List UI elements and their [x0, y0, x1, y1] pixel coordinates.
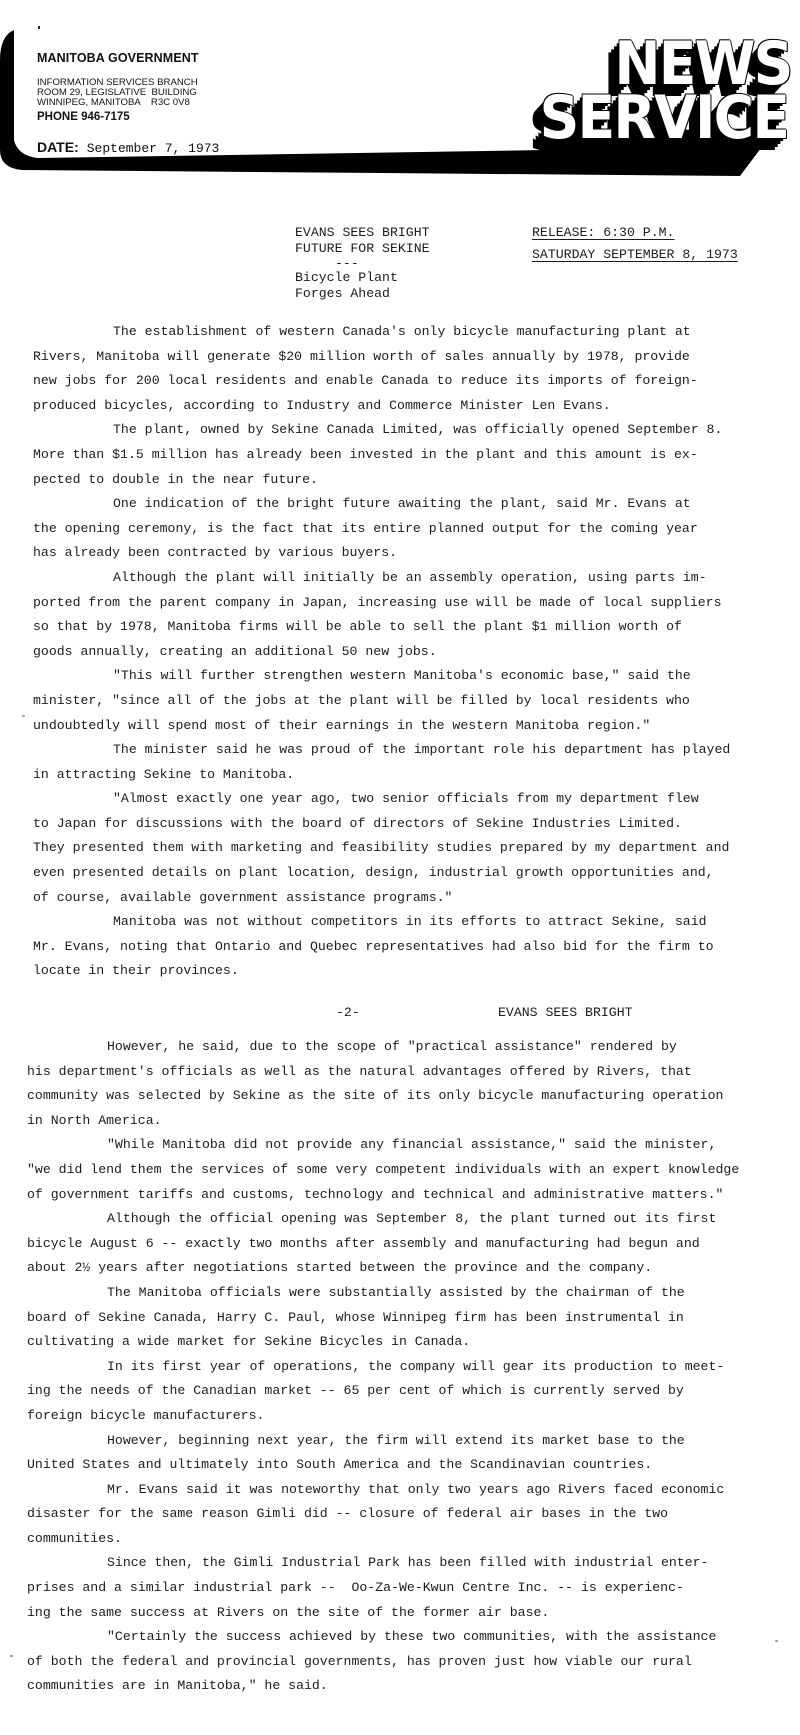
text-line: "While Manitoba did not provide any fina… — [0, 1133, 800, 1158]
text-line: "Certainly the success achieved by these… — [0, 1625, 800, 1650]
paragraph: Although the official opening was Septem… — [0, 1207, 800, 1281]
subhead-line: Bicycle Plant — [295, 270, 430, 286]
page-1-body: The establishment of western Canada's on… — [0, 320, 800, 984]
text-line: The minister said he was proud of the im… — [0, 738, 800, 763]
text-line: in attracting Sekine to Manitoba. — [0, 763, 800, 788]
page-2-body: However, he said, due to the scope of "p… — [0, 1035, 800, 1699]
subhead-line: Forges Ahead — [295, 286, 430, 302]
text-line: in North America. — [0, 1109, 800, 1134]
line-text: cultivating a wide market for Sekine Bic… — [27, 1334, 470, 1349]
text-line: so that by 1978, Manitoba firms will be … — [0, 615, 800, 640]
paragraph: The Manitoba officials were substantiall… — [0, 1281, 800, 1355]
text-line: The establishment of western Canada's on… — [0, 320, 800, 345]
text-line: communities. — [0, 1527, 800, 1552]
text-line: of government tariffs and customs, techn… — [0, 1183, 800, 1208]
headline-separator: --- — [295, 257, 430, 270]
line-text: bicycle August 6 -- exactly two months a… — [27, 1236, 700, 1251]
headline-line: FUTURE FOR SEKINE — [295, 241, 430, 257]
scan-speck — [10, 1655, 13, 1657]
paragraph: Manitoba was not without competitors in … — [0, 910, 800, 984]
text-line: community was selected by Sekine as the … — [0, 1084, 800, 1109]
text-line: board of Sekine Canada, Harry C. Paul, w… — [0, 1306, 800, 1331]
text-line: Rivers, Manitoba will generate $20 milli… — [0, 345, 800, 370]
text-line: to Japan for discussions with the board … — [0, 812, 800, 837]
line-text: In its first year of operations, the com… — [107, 1359, 724, 1374]
paragraph: However, he said, due to the scope of "p… — [0, 1035, 800, 1133]
line-text: Although the official opening was Septem… — [107, 1211, 716, 1226]
running-head: EVANS SEES BRIGHT — [498, 1005, 633, 1020]
text-line: More than $1.5 million has already been … — [0, 443, 800, 468]
text-line: ported from the parent company in Japan,… — [0, 591, 800, 616]
text-line: of both the federal and provincial gover… — [0, 1650, 800, 1675]
line-text: board of Sekine Canada, Harry C. Paul, w… — [27, 1310, 684, 1325]
line-text: goods annually, creating an additional 5… — [33, 644, 437, 659]
line-text: minister, "since all of the jobs at the … — [33, 693, 690, 708]
paragraph: One indication of the bright future awai… — [0, 492, 800, 566]
text-line: "Almost exactly one year ago, two senior… — [0, 787, 800, 812]
line-text: One indication of the bright future awai… — [113, 496, 691, 511]
paragraph: Since then, the Gimli Industrial Park ha… — [0, 1551, 800, 1625]
line-text: new jobs for 200 local residents and ena… — [33, 373, 698, 388]
line-text: United States and ultimately into South … — [27, 1457, 652, 1472]
paragraph: The plant, owned by Sekine Canada Limite… — [0, 418, 800, 492]
line-text: undoubtedly will spend most of their ear… — [33, 718, 650, 733]
address-line: WINNIPEG, MANITOBA R3C 0V8 — [37, 98, 198, 108]
text-line: One indication of the bright future awai… — [0, 492, 800, 517]
paragraph: In its first year of operations, the com… — [0, 1355, 800, 1429]
paragraph: However, beginning next year, the firm w… — [0, 1429, 800, 1478]
paragraph: Mr. Evans said it was noteworthy that on… — [0, 1478, 800, 1552]
text-line: ing the same success at Rivers on the si… — [0, 1601, 800, 1626]
line-text: communities are in Manitoba," he said. — [27, 1678, 328, 1693]
line-text: Since then, the Gimli Industrial Park ha… — [107, 1555, 708, 1570]
page-2-header: -2- EVANS SEES BRIGHT — [0, 1005, 800, 1025]
line-text: However, beginning next year, the firm w… — [107, 1433, 685, 1448]
line-text: pected to double in the near future. — [33, 472, 318, 487]
line-text: of both the federal and provincial gover… — [27, 1654, 692, 1669]
text-line: about 2½ years after negotiations starte… — [0, 1256, 800, 1281]
line-text: However, he said, due to the scope of "p… — [107, 1039, 677, 1054]
line-text: Mr. Evans said it was noteworthy that on… — [107, 1482, 724, 1497]
text-line: bicycle August 6 -- exactly two months a… — [0, 1232, 800, 1257]
paragraph: "This will further strengthen western Ma… — [0, 664, 800, 738]
text-line: new jobs for 200 local residents and ena… — [0, 369, 800, 394]
line-text: ported from the parent company in Japan,… — [33, 595, 722, 610]
text-line: even presented details on plant location… — [0, 861, 800, 886]
line-text: locate in their provinces. — [33, 963, 239, 978]
text-line: Mr. Evans, noting that Ontario and Quebe… — [0, 935, 800, 960]
text-line: In its first year of operations, the com… — [0, 1355, 800, 1380]
line-text: of government tariffs and customs, techn… — [27, 1187, 723, 1202]
paragraph: The establishment of western Canada's on… — [0, 320, 800, 418]
date-value: September 7, 1973 — [87, 141, 220, 156]
text-line: However, he said, due to the scope of "p… — [0, 1035, 800, 1060]
line-text: Rivers, Manitoba will generate $20 milli… — [33, 349, 690, 364]
text-line: minister, "since all of the jobs at the … — [0, 689, 800, 714]
stray-mark — [38, 26, 40, 29]
line-text: More than $1.5 million has already been … — [33, 447, 698, 462]
text-line: has already been contracted by various b… — [0, 541, 800, 566]
scan-speck — [22, 715, 25, 717]
line-text: Although the plant will initially be an … — [113, 570, 707, 585]
line-text: produced bicycles, according to Industry… — [33, 398, 611, 413]
text-line: his department's officials as well as th… — [0, 1060, 800, 1085]
line-text: his department's officials as well as th… — [27, 1064, 692, 1079]
text-line: Since then, the Gimli Industrial Park ha… — [0, 1551, 800, 1576]
line-text: so that by 1978, Manitoba firms will be … — [33, 619, 682, 634]
line-text: the opening ceremony, is the fact that i… — [33, 521, 698, 536]
release-date: SATURDAY SEPTEMBER 8, 1973 — [532, 247, 738, 263]
line-text: The minister said he was proud of the im… — [113, 742, 730, 757]
paragraph: The minister said he was proud of the im… — [0, 738, 800, 787]
line-text: The plant, owned by Sekine Canada Limite… — [113, 422, 722, 437]
line-text: in North America. — [27, 1113, 162, 1128]
text-line: disaster for the same reason Gimli did -… — [0, 1502, 800, 1527]
line-text: The Manitoba officials were substantiall… — [107, 1285, 685, 1300]
text-line: "This will further strengthen western Ma… — [0, 664, 800, 689]
text-line: the opening ceremony, is the fact that i… — [0, 517, 800, 542]
line-text: Manitoba was not without competitors in … — [113, 914, 707, 929]
headline-block: EVANS SEES BRIGHT FUTURE FOR SEKINE --- … — [295, 225, 430, 302]
line-text: disaster for the same reason Gimli did -… — [27, 1506, 668, 1521]
line-text: communities. — [27, 1531, 122, 1546]
scan-speck — [775, 1640, 778, 1642]
line-text: "This will further strengthen western Ma… — [113, 668, 691, 683]
date-label: DATE: — [37, 139, 79, 155]
organization-address: INFORMATION SERVICES BRANCH ROOM 29, LEG… — [37, 78, 198, 108]
line-text: "Certainly the success achieved by these… — [107, 1629, 716, 1644]
text-line: ing the needs of the Canadian market -- … — [0, 1379, 800, 1404]
paragraph: Although the plant will initially be an … — [0, 566, 800, 664]
phone-number: PHONE 946-7175 — [37, 111, 130, 123]
release-time: RELEASE: 6:30 P.M. — [532, 225, 738, 241]
text-line: "we did lend them the services of some v… — [0, 1158, 800, 1183]
paragraph: "Certainly the success achieved by these… — [0, 1625, 800, 1699]
text-line: prises and a similar industrial park -- … — [0, 1576, 800, 1601]
text-line: Although the plant will initially be an … — [0, 566, 800, 591]
page-number: -2- — [336, 1005, 360, 1020]
text-line: locate in their provinces. — [0, 959, 800, 984]
line-text: "While Manitoba did not provide any fina… — [107, 1137, 716, 1152]
letterhead: MANITOBA GOVERNMENT INFORMATION SERVICES… — [0, 0, 800, 180]
text-line: The Manitoba officials were substantiall… — [0, 1281, 800, 1306]
date-row: DATE: September 7, 1973 — [37, 139, 219, 157]
text-line: undoubtedly will spend most of their ear… — [0, 714, 800, 739]
text-line: However, beginning next year, the firm w… — [0, 1429, 800, 1454]
line-text: They presented them with marketing and f… — [33, 840, 729, 855]
release-block: RELEASE: 6:30 P.M. SATURDAY SEPTEMBER 8,… — [532, 225, 738, 269]
paragraph: "While Manitoba did not provide any fina… — [0, 1133, 800, 1207]
logo-service-text: SERVICE — [539, 88, 788, 148]
text-line: communities are in Manitoba," he said. — [0, 1674, 800, 1699]
line-text: about 2½ years after negotiations starte… — [27, 1260, 652, 1275]
text-line: Mr. Evans said it was noteworthy that on… — [0, 1478, 800, 1503]
text-line: foreign bicycle manufacturers. — [0, 1404, 800, 1429]
text-line: of course, available government assistan… — [0, 886, 800, 911]
line-text: "Almost exactly one year ago, two senior… — [113, 791, 699, 806]
line-text: in attracting Sekine to Manitoba. — [33, 767, 294, 782]
headline-line: EVANS SEES BRIGHT — [295, 225, 430, 241]
text-line: United States and ultimately into South … — [0, 1453, 800, 1478]
news-service-logo: NEWS SERVICE — [520, 28, 800, 158]
line-text: Mr. Evans, noting that Ontario and Quebe… — [33, 939, 714, 954]
line-text: ing the same success at Rivers on the si… — [27, 1605, 549, 1620]
line-text: The establishment of western Canada's on… — [113, 324, 691, 339]
paragraph: "Almost exactly one year ago, two senior… — [0, 787, 800, 910]
text-line: pected to double in the near future. — [0, 468, 800, 493]
line-text: even presented details on plant location… — [33, 865, 714, 880]
text-line: Manitoba was not without competitors in … — [0, 910, 800, 935]
line-text: community was selected by Sekine as the … — [27, 1088, 723, 1103]
line-text: ing the needs of the Canadian market -- … — [27, 1383, 684, 1398]
text-line: Although the official opening was Septem… — [0, 1207, 800, 1232]
text-line: goods annually, creating an additional 5… — [0, 640, 800, 665]
line-text: prises and a similar industrial park -- … — [27, 1580, 684, 1595]
text-line: cultivating a wide market for Sekine Bic… — [0, 1330, 800, 1355]
text-line: produced bicycles, according to Industry… — [0, 394, 800, 419]
text-line: They presented them with marketing and f… — [0, 836, 800, 861]
line-text: foreign bicycle manufacturers. — [27, 1408, 264, 1423]
line-text: has already been contracted by various b… — [33, 545, 397, 560]
line-text: to Japan for discussions with the board … — [33, 816, 682, 831]
organization-name: MANITOBA GOVERNMENT — [37, 51, 199, 65]
line-text: "we did lend them the services of some v… — [27, 1162, 739, 1177]
line-text: of course, available government assistan… — [33, 890, 452, 905]
text-line: The plant, owned by Sekine Canada Limite… — [0, 418, 800, 443]
